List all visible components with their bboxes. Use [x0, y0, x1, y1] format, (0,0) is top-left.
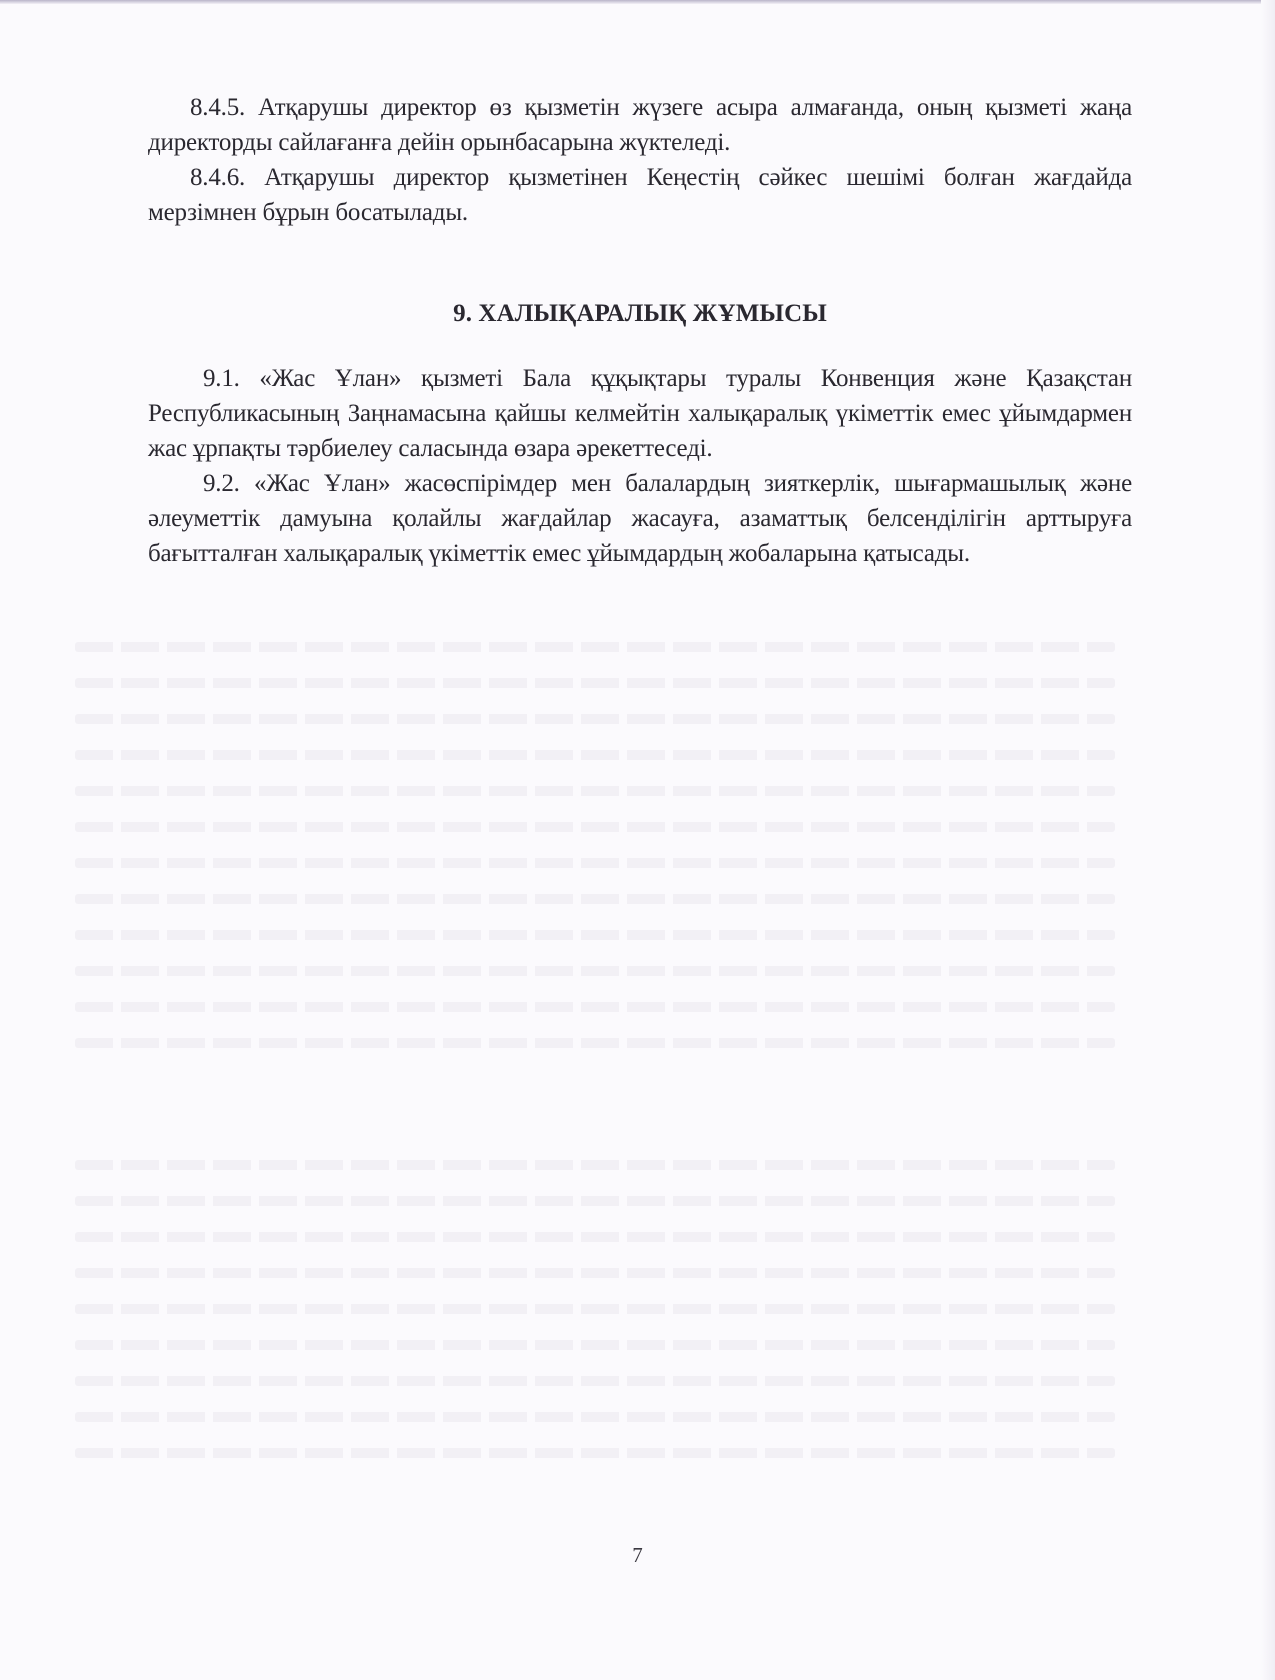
paragraph-8-4-6: 8.4.6. Атқарушы директор қызметінен Кеңе… [148, 160, 1132, 230]
bleed-through-line [75, 1304, 1115, 1314]
page-number: 7 [0, 1543, 1275, 1568]
bleed-through-line [75, 930, 1115, 940]
paragraph-9-1: 9.1. «Жас Ұлан» қызметі Бала құқықтары т… [148, 361, 1132, 466]
scan-edge-right [1261, 0, 1275, 1680]
paragraph-8-4-5: 8.4.5. Атқарушы директор өз қызметін жүз… [148, 90, 1132, 160]
bleed-through-line [75, 822, 1115, 832]
bleed-through-line [75, 1002, 1115, 1012]
bleed-through-line [75, 678, 1115, 688]
document-page: 8.4.5. Атқарушы директор өз қызметін жүз… [148, 90, 1132, 571]
bleed-through-line [75, 1448, 1115, 1458]
bleed-through-line [75, 642, 1115, 652]
bleed-through-line [75, 1038, 1115, 1048]
bleed-through-line [75, 1412, 1115, 1422]
bleed-through-line [75, 1268, 1115, 1278]
section-title: 9. ХАЛЫҚАРАЛЫҚ ЖҰМЫСЫ [148, 300, 1132, 328]
paragraph-9-2: 9.2. «Жас Ұлан» жасөспірімдер мен балала… [148, 466, 1132, 571]
bleed-through-line [75, 1196, 1115, 1206]
bleed-through-line [75, 894, 1115, 904]
bleed-through-line [75, 858, 1115, 868]
bleed-through-line [75, 786, 1115, 796]
bleed-through-line [75, 966, 1115, 976]
bleed-through-line [75, 1232, 1115, 1242]
scan-edge-top [0, 0, 1275, 4]
bleed-through-line [75, 714, 1115, 724]
bleed-through-line [75, 1340, 1115, 1350]
bleed-through-line [75, 750, 1115, 760]
bleed-through-line [75, 1160, 1115, 1170]
bleed-through-line [75, 1376, 1115, 1386]
